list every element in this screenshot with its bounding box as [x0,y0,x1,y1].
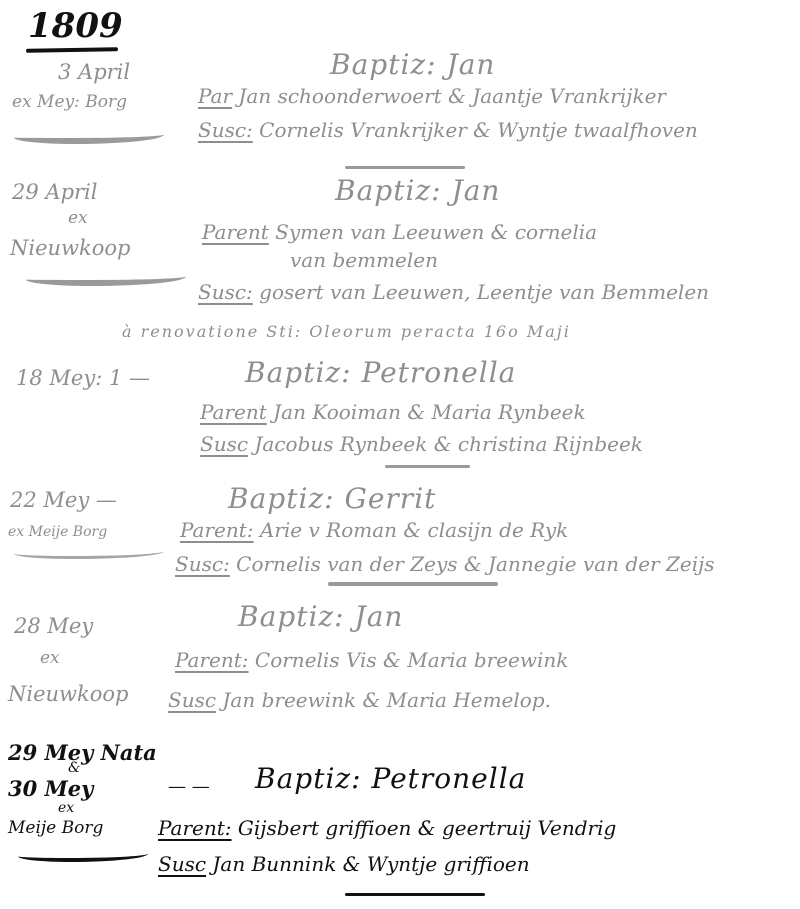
entry-divider [328,582,498,586]
entry-origin: ex Meije Borg [8,524,107,540]
sponsors-names: Jan breewink & Maria Hemelop. [222,688,551,712]
parents-names: Arie v Roman & clasijn de Ryk [260,518,568,542]
parents-label: Parent: [180,518,254,542]
sponsors-label: Susc [158,852,206,876]
parents-names: Symen van Leeuwen & cornelia [275,220,597,244]
sponsors-label: Susc [200,432,248,456]
entry-date: 29 Mey Nata [8,740,157,765]
date-flourish [14,128,164,144]
entry-parents: Parent: Cornelis Vis & Maria breewink [175,648,568,672]
entry-sponsors: Susc Jan Bunnink & Wyntje griffioen [158,852,530,876]
entry-date: 3 April [58,60,130,84]
entry-origin: Meije Borg [8,818,103,838]
entry-heading: Baptiz: Petronella [245,356,516,389]
sponsors-label: Susc [168,688,216,712]
entry-divider [385,465,470,468]
register-year: 1809 [28,6,123,46]
entry-date: 22 Mey — [10,488,117,512]
date-flourish [26,270,186,286]
entry-origin-ex: ex [68,208,88,228]
date-flourish [18,848,148,862]
sponsors-names: Jacobus Rynbeek & christina Rijnbeek [254,432,643,456]
entry-origin-ex: ex [58,800,74,816]
entry-heading: Baptiz: Jan [335,174,500,207]
parents-label: Parent: [158,816,232,840]
sponsors-names: Cornelis van der Zeys & Jannegie van der… [236,552,714,576]
entry-parents: Par Jan schoonderwoert & Jaantje Vrankri… [198,84,666,108]
entry-divider [345,166,465,169]
entry-parents: Parent Symen van Leeuwen & cornelia [202,220,597,244]
entry-heading: Baptiz: Gerrit [228,482,436,515]
entry-parents: Parent: Gijsbert griffioen & geertruij V… [158,816,616,840]
entry-sponsors: Susc Jacobus Rynbeek & christina Rijnbee… [200,432,643,456]
entry-origin: Nieuwkoop [8,682,128,706]
entry-sponsors: Susc: Cornelis Vrankrijker & Wyntje twaa… [198,118,698,142]
parents-names: Jan Kooiman & Maria Rynbeek [273,400,585,424]
entry-origin: Nieuwkoop [10,236,130,260]
sponsors-label: Susc: [198,280,253,304]
entry-date-second: 30 Mey [8,776,93,801]
sponsors-label: Susc: [198,118,253,142]
entry-heading: Baptiz: Jan [238,600,403,633]
parents-names: Jan schoonderwoert & Jaantje Vrankrijker [238,84,666,108]
margin-note: à renovatione Sti: Oleorum peracta 16o M… [122,322,571,341]
entry-parents-continued: van bemmelen [290,248,438,272]
entry-sponsors: Susc: Cornelis van der Zeys & Jannegie v… [175,552,715,576]
entry-date-ampersand: & [68,760,80,776]
entry-origin-ex: ex [40,648,60,668]
parents-names: Gijsbert griffioen & geertruij Vendrig [238,816,616,840]
entry-parents: Parent Jan Kooiman & Maria Rynbeek [200,400,586,424]
sponsors-label: Susc: [175,552,230,576]
sponsors-names: Jan Bunnink & Wyntje griffioen [212,852,529,876]
entry-sponsors: Susc: gosert van Leeuwen, Leentje van Be… [198,280,709,304]
year-underline [26,47,118,53]
entry-origin: ex Mey: Borg [12,92,127,112]
parents-label: Parent [200,400,267,424]
entry-divider [345,893,485,896]
entry-date: 29 April [12,180,97,204]
sponsors-names: gosert van Leeuwen, Leentje van Bemmelen [259,280,709,304]
parish-register-page: 1809 3 April ex Mey: Borg Baptiz: Jan Pa… [0,0,800,909]
entry-heading: Baptiz: Jan [330,48,495,81]
entry-date: 18 Mey: 1 — [16,366,150,390]
parents-label: Par [198,84,232,108]
entry-dashes: — — [168,776,210,797]
entry-sponsors: Susc Jan breewink & Maria Hemelop. [168,688,551,712]
date-flourish [14,546,164,559]
parents-label: Parent [202,220,269,244]
entry-date: 28 Mey [14,614,93,638]
parents-label: Parent: [175,648,249,672]
sponsors-names: Cornelis Vrankrijker & Wyntje twaalfhove… [259,118,698,142]
entry-heading: Baptiz: Petronella [255,762,526,795]
parents-names: Cornelis Vis & Maria breewink [255,648,569,672]
entry-parents: Parent: Arie v Roman & clasijn de Ryk [180,518,568,542]
